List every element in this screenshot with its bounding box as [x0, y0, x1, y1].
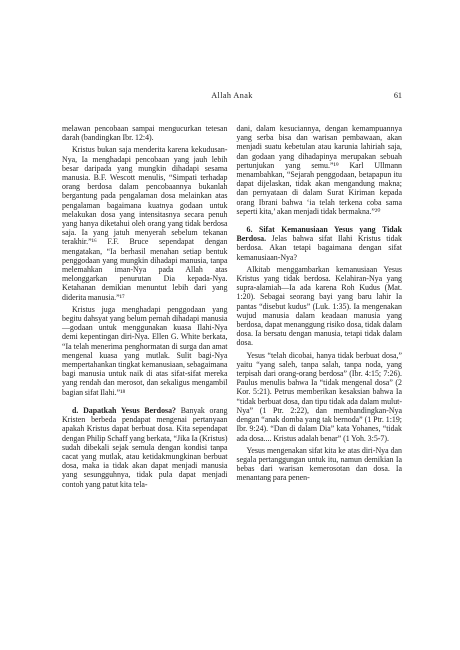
- paragraph-continuation: dani, dalam kesuciannya, dengan kemampua…: [237, 124, 403, 216]
- page-number: 61: [394, 91, 402, 101]
- paragraph: Kristus bukan saja menderita karena keku…: [62, 145, 228, 301]
- page-title: Allah Anak: [62, 91, 402, 101]
- paragraph: Kristus juga menghadapi penggodaan yang …: [62, 305, 228, 397]
- paragraph-continuation: melawan pencobaan sampai mengucurkan tet…: [62, 124, 228, 142]
- paragraph: Alkitab menggambarkan kemanusiaan Yesus …: [237, 265, 403, 348]
- text-columns: melawan pencobaan sampai mengucurkan tet…: [62, 124, 402, 489]
- column-right: dani, dalam kesuciannya, dengan kemampua…: [237, 124, 403, 489]
- paragraph-with-heading: d. Dapatkah Yesus Berdosa? Banyak orang …: [62, 406, 228, 489]
- paragraph-with-heading: 6. Sifat Kemanusiaan Yesus yang Tidak Be…: [237, 225, 403, 262]
- column-left: melawan pencobaan sampai mengucurkan tet…: [62, 124, 228, 489]
- book-page: Allah Anak 61 melawan pencobaan sampai m…: [0, 0, 460, 650]
- subsection-heading: d. Dapatkah Yesus Berdosa?: [72, 406, 176, 415]
- running-header: Allah Anak 61: [62, 91, 402, 103]
- paragraph: Yesus “telah dicobai, hanya tidak berbua…: [237, 351, 403, 443]
- paragraph: Yesus mengenakan sifat kita ke atas diri…: [237, 446, 403, 483]
- paragraph-text: Banyak orang Kristen berbeda pendapat me…: [62, 406, 228, 489]
